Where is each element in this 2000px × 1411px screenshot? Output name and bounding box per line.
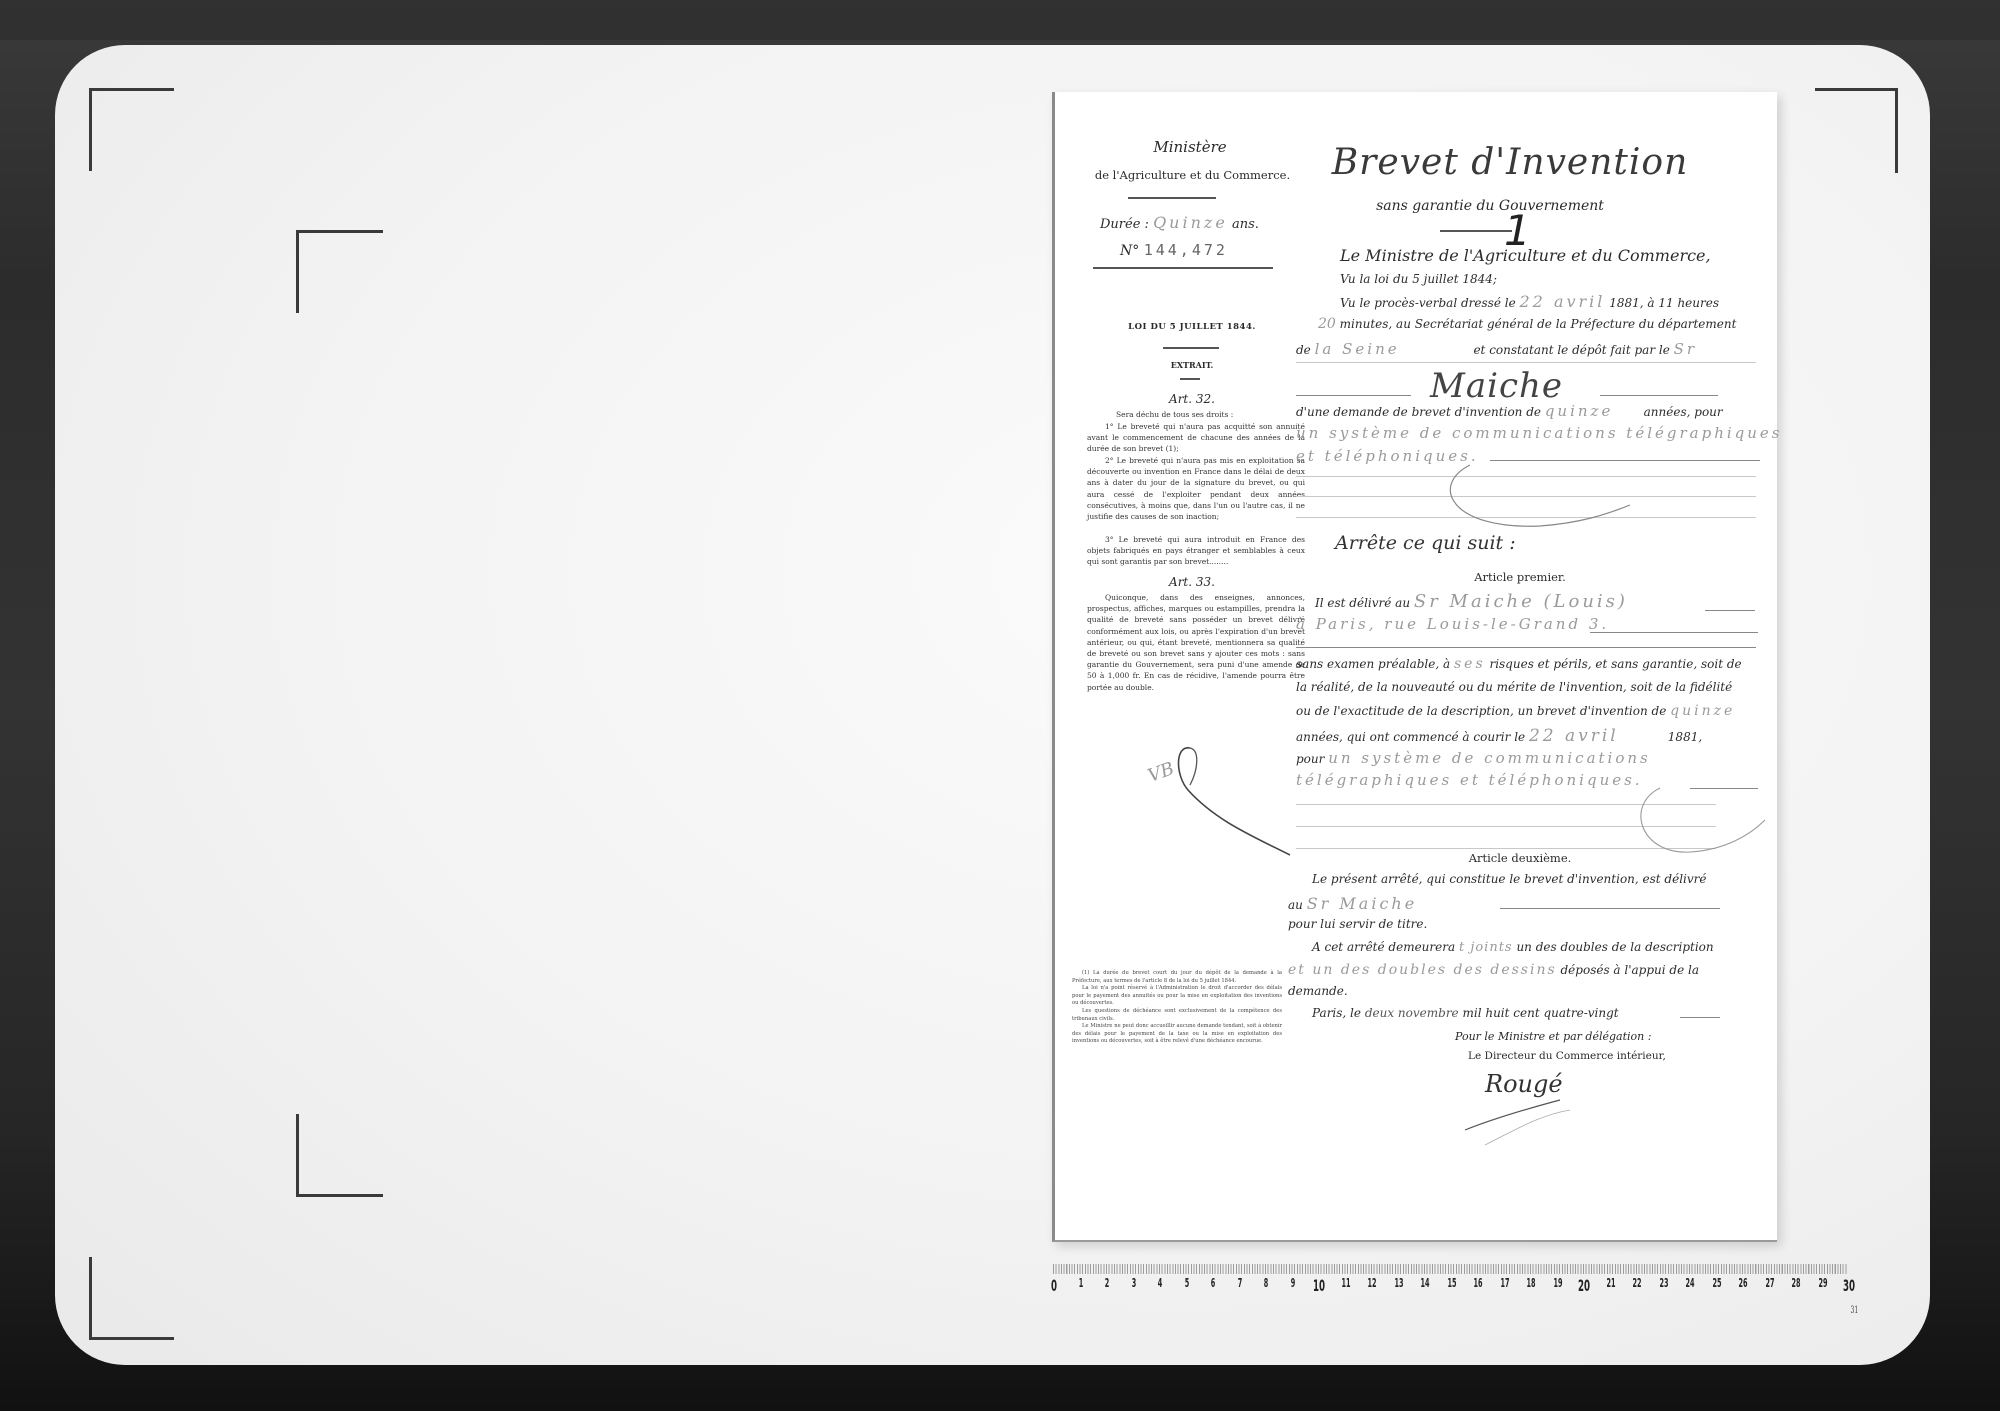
article-2-text-line-5: demande. — [1288, 984, 1348, 998]
ruler-label: 6 — [1211, 1276, 1216, 1290]
article-1-risks: ses — [1454, 656, 1486, 672]
ruler-label: 5 — [1184, 1276, 1189, 1290]
date-prefix: Paris, le — [1312, 1006, 1361, 1020]
date-value: deux novembre — [1365, 1006, 1459, 1020]
crop-mark-bottom-left-inner — [296, 1114, 383, 1197]
form-line — [1296, 395, 1411, 396]
article-1-text-line-1: sans examen préalable, à ses risques et … — [1296, 656, 1766, 672]
article-1-duration: quinze — [1670, 703, 1735, 719]
footnote-1: (1) La durée du brevet court du jour du … — [1072, 970, 1282, 985]
minutes-line: 20 minutes, au Secrétariat général de la… — [1318, 316, 1778, 332]
duration-line: Durée : Quinze ans. — [1100, 213, 1310, 232]
ruler-label: 25 — [1712, 1276, 1721, 1290]
ornament-rule — [1128, 197, 1216, 199]
article-32-para-3: 3° Le breveté qui aura introduit en Fran… — [1087, 534, 1305, 568]
dept-prefix: de — [1296, 343, 1311, 357]
department-line: de la Seine et constatant le dépôt fait … — [1296, 340, 1756, 358]
divider — [1093, 267, 1273, 269]
article-1-invention-line-2: télégraphiques et téléphoniques. — [1296, 771, 1643, 789]
footnote-list: (1) La durée du brevet court du jour du … — [1072, 970, 1282, 1046]
article-2-text-line-4: et un des doubles des dessins déposés à … — [1288, 962, 1768, 978]
ruler-label: 8 — [1264, 1276, 1269, 1290]
form-line — [1296, 647, 1756, 648]
form-line — [1500, 908, 1720, 909]
article-2-text-2b: servir de titre. — [1339, 917, 1427, 931]
pen-flourish — [1160, 740, 1300, 860]
article-2-joined: t joints — [1459, 940, 1513, 955]
request-prefix: d'une demande de brevet d'invention de — [1296, 405, 1541, 419]
ornament-rule — [1440, 230, 1512, 232]
article-2-text-3b: un des doubles de la description — [1516, 940, 1713, 954]
article-2-drawings: et un des doubles des dessins — [1288, 962, 1557, 978]
article-2-text-line-1: Le présent arrêté, qui constitue le brev… — [1312, 872, 1707, 886]
signature-block-line-2: Le Directeur du Commerce intérieur, — [1468, 1050, 1666, 1062]
article-2-recipient-line: au Sr Maiche — [1288, 894, 1758, 913]
article-32-intro: Sera déchu de tous ses droits : — [1116, 409, 1306, 420]
request-suffix: années, pour — [1644, 405, 1723, 419]
date-suffix: mil huit cent quatre-vingt — [1462, 1006, 1618, 1020]
duration-label: Durée : — [1100, 217, 1149, 232]
ruler-label: 28 — [1791, 1276, 1800, 1290]
ruler-label: 9 — [1290, 1276, 1295, 1290]
crop-mark-top-right-outer — [1815, 88, 1898, 173]
extract-label: EXTRAIT. — [1082, 360, 1302, 370]
article-2-text-line-2: pour lui servir de titre. — [1288, 917, 1758, 931]
signature-flourish — [1460, 1090, 1580, 1150]
number-label: N° — [1120, 243, 1139, 259]
ruler-label: 7 — [1237, 1276, 1242, 1290]
ruler-label: 27 — [1765, 1276, 1774, 1290]
article-1-text-3: ou de l'exactitude de la description, un… — [1296, 704, 1666, 718]
footnote-3: Les questions de déchéance sont exclusiv… — [1072, 1008, 1282, 1023]
dept-value: la Seine — [1315, 340, 1470, 358]
form-line — [1705, 610, 1755, 611]
ruler-label: 3 — [1131, 1276, 1136, 1290]
ruler-label: 30 — [1843, 1276, 1855, 1295]
crop-mark-top-left-outer — [89, 88, 174, 171]
article-1-recipient: Sr Maiche (Louis) — [1414, 591, 1628, 612]
ruler-label: 19 — [1553, 1276, 1562, 1290]
film-edge-top — [0, 0, 2000, 40]
minister-line: Le Ministre de l'Agriculture et du Comme… — [1340, 246, 1711, 265]
article-1-invention-line-1: pour un système de communications — [1296, 749, 1766, 767]
law-line: Vu la loi du 5 juillet 1844; — [1340, 272, 1497, 286]
cancel-flourish — [1430, 460, 1650, 530]
ruler-side-label: 31 — [1851, 1305, 1859, 1316]
duration-unit: ans. — [1232, 217, 1259, 232]
ruler-label: 0 — [1051, 1276, 1057, 1295]
article-33-title: Art. 33. — [1082, 575, 1302, 589]
article-1-text-line-4: années, qui ont commencé à courir le 22 … — [1296, 726, 1766, 746]
article-32-para-1: 1° Le breveté qui n'aura pas acquitté so… — [1087, 421, 1305, 455]
ministry-title: Ministère — [1085, 138, 1295, 156]
ruler-label: 29 — [1818, 1276, 1827, 1290]
article-1-start-year: 1881, — [1668, 730, 1702, 744]
request-line: d'une demande de brevet d'invention de q… — [1296, 402, 1766, 420]
article-2-to: au — [1288, 898, 1303, 912]
form-line — [1296, 362, 1756, 363]
measurement-ruler — [1053, 1264, 1848, 1274]
article-1-text-line-2: la réalité, de la nouveauté ou du mérite… — [1296, 680, 1732, 694]
ruler-label: 24 — [1685, 1276, 1694, 1290]
form-line — [1590, 632, 1758, 633]
article-1-text-1b: risques et périls, et sans garantie, soi… — [1489, 657, 1741, 671]
minutes-text: minutes, au Secrétariat général de la Pr… — [1340, 317, 1737, 331]
ruler-label: 2 — [1105, 1276, 1110, 1290]
ruler-label: 13 — [1394, 1276, 1403, 1290]
ruler-label: 16 — [1473, 1276, 1482, 1290]
article-1-text-1a: sans examen préalable, à — [1296, 657, 1450, 671]
article-1-invention-1: un système de communications — [1328, 749, 1651, 767]
invention-line-1: un système de communications télégraphiq… — [1296, 424, 1783, 442]
article-1-prefix: Il est délivré au — [1315, 596, 1410, 610]
deposit-title: Sr — [1674, 340, 1697, 358]
cancel-flourish — [1630, 780, 1770, 860]
ruler-label: 23 — [1659, 1276, 1668, 1290]
article-1-title: Article premier. — [1420, 570, 1620, 584]
article-2-recipient: Sr Maiche — [1307, 894, 1417, 913]
ruler-label: 15 — [1447, 1276, 1456, 1290]
article-1-recipient-line: Il est délivré au Sr Maiche (Louis) — [1315, 591, 1775, 612]
article-1-address: à Paris, rue Louis-le-Grand 3. — [1296, 615, 1609, 633]
decree-heading: Arrête ce qui suit : — [1335, 532, 1516, 554]
patent-number: 144,472 — [1144, 241, 1228, 259]
crop-mark-bottom-left-outer — [89, 1257, 174, 1340]
law-heading: LOI DU 5 JUILLET 1844. — [1082, 322, 1302, 332]
ruler-label: 4 — [1158, 1276, 1163, 1290]
request-duration: quinze — [1545, 402, 1640, 420]
article-1-text-4: années, qui ont commencé à courir le — [1296, 730, 1525, 744]
proces-verbal-line: Vu le procès-verbal dressé le 22 avril 1… — [1340, 292, 1760, 311]
form-line — [1680, 1017, 1720, 1018]
document-title: Brevet d'Invention — [1330, 142, 1690, 183]
ruler-label: 14 — [1420, 1276, 1429, 1290]
ruler-label: 18 — [1526, 1276, 1535, 1290]
article-32-title: Art. 32. — [1082, 392, 1302, 406]
duration-value: Quinze — [1153, 213, 1228, 232]
signature-block-line-1: Pour le Ministre et par délégation : — [1455, 1030, 1651, 1043]
article-32-para-2: 2° Le breveté qui n'aura pas mis en expl… — [1087, 455, 1305, 522]
deposit-text: et constatant le dépôt fait par le — [1473, 343, 1669, 357]
pv-date: 22 avril — [1520, 292, 1606, 311]
ornament-rule — [1163, 347, 1219, 349]
ruler-label: 26 — [1738, 1276, 1747, 1290]
applicant-name: Maiche — [1430, 366, 1563, 406]
footnote-4: Le Ministre ne peut donc accueillir aucu… — [1072, 1023, 1282, 1046]
ministry-subtitle: de l'Agriculture et du Commerce. — [1080, 168, 1305, 182]
minutes-value: 20 — [1318, 316, 1336, 332]
ruler-label: 17 — [1500, 1276, 1509, 1290]
crop-mark-top-left-inner — [296, 230, 383, 313]
document-subtitle: sans garantie du Gouvernement — [1340, 198, 1640, 214]
article-2-title: Article deuxième. — [1420, 851, 1620, 865]
article-2-text-2a: pour lui — [1288, 917, 1336, 931]
patent-number-line: N° 144,472 — [1120, 241, 1300, 259]
pv-prefix: Vu le procès-verbal dressé le — [1340, 296, 1516, 310]
ruler-label: 21 — [1606, 1276, 1615, 1290]
article-33-body: Quiconque, dans des enseignes, annonces,… — [1087, 592, 1305, 693]
article-2-text-3a: A cet arrêté demeurera — [1312, 940, 1455, 954]
ruler-label: 22 — [1632, 1276, 1641, 1290]
ruler-label: 11 — [1341, 1276, 1350, 1290]
article-2-text-4: déposés à l'appui de la — [1561, 963, 1700, 977]
ornament-rule — [1180, 378, 1200, 380]
ruler-label: 12 — [1367, 1276, 1376, 1290]
article-2-text-line-3: A cet arrêté demeurera t joints un des d… — [1312, 940, 1772, 955]
article-1-start-date: 22 avril — [1529, 726, 1664, 746]
footnote-2: La loi n'a point réservé à l'Administrat… — [1072, 985, 1282, 1008]
article-1-for: pour — [1296, 752, 1324, 766]
article-1-text-line-3: ou de l'exactitude de la description, un… — [1296, 703, 1766, 719]
ruler-label: 20 — [1578, 1276, 1590, 1295]
ruler-label: 10 — [1313, 1276, 1325, 1295]
pv-year: 1881, à 11 heures — [1609, 296, 1719, 310]
form-line — [1600, 395, 1718, 396]
ruler-label: 1 — [1078, 1276, 1083, 1290]
